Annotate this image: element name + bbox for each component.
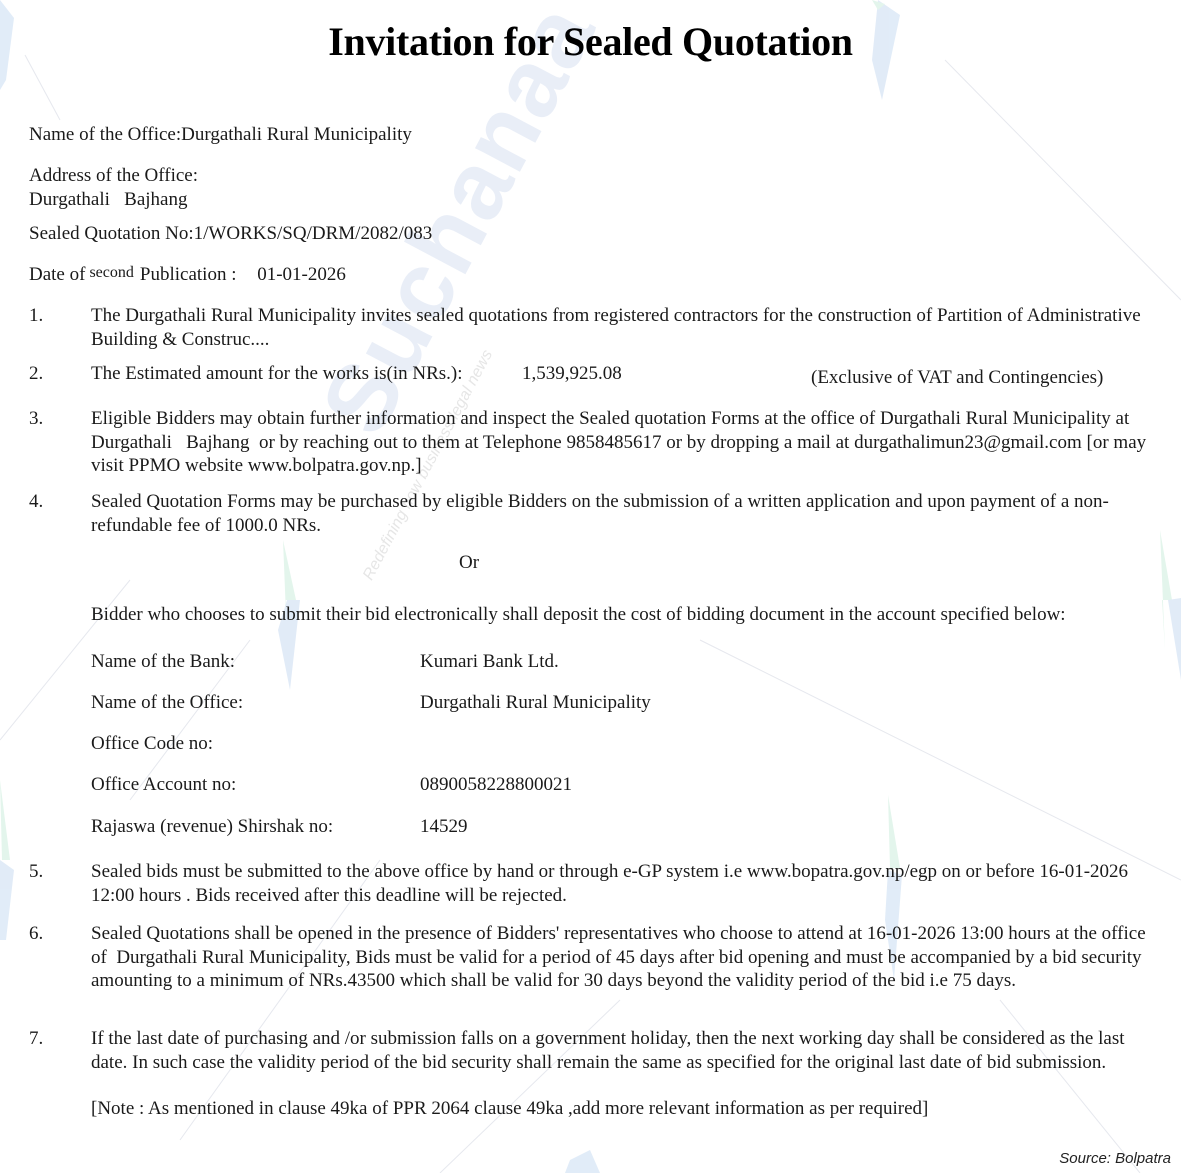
publication-date: 01-01-2026 — [257, 264, 346, 285]
clause-number: 2. — [29, 362, 43, 385]
clause-number: 1. — [29, 304, 43, 327]
revenue-shirshak-label: Rajaswa (revenue) Shirshak no: — [91, 815, 333, 838]
amount-exclusion-note: (Exclusive of VAT and Contingencies) — [811, 366, 1103, 389]
revenue-shirshak-value: 14529 — [420, 815, 468, 838]
address-value: Durgathali Bajhang — [29, 188, 187, 211]
clause-number: 3. — [29, 407, 43, 430]
estimated-amount: 1,539,925.08 — [522, 362, 622, 385]
office-name: Name of the Office:Durgathali Rural Muni… — [29, 123, 412, 146]
clause-7-text: If the last date of purchasing and /or s… — [91, 1027, 1156, 1074]
clause-2-text: The Estimated amount for the works is(in… — [91, 362, 463, 385]
clause-number: 7. — [29, 1027, 43, 1050]
clause-1-text: The Durgathali Rural Municipality invite… — [91, 304, 1156, 351]
bank-office-value: Durgathali Rural Municipality — [420, 691, 651, 714]
clause-number: 4. — [29, 490, 43, 513]
bank-name-value: Kumari Bank Ltd. — [420, 650, 559, 673]
bank-name-label: Name of the Bank: — [91, 650, 235, 673]
page-title: Invitation for Sealed Quotation — [0, 18, 1181, 65]
publication-prefix: Date of — [29, 264, 85, 285]
clause-5-text: Sealed bids must be submitted to the abo… — [91, 860, 1156, 907]
office-code-label: Office Code no: — [91, 732, 213, 755]
clause-4-text: Sealed Quotation Forms may be purchased … — [91, 490, 1156, 537]
bank-office-label: Name of the Office: — [91, 691, 243, 714]
clause-3-text: Eligible Bidders may obtain further info… — [91, 407, 1156, 478]
clause-7-note: [Note : As mentioned in clause 49ka of P… — [91, 1097, 928, 1120]
quotation-number: Sealed Quotation No:1/WORKS/SQ/DRM/2082/… — [29, 222, 432, 245]
or-separator: Or — [459, 551, 479, 574]
clause-6-text: Sealed Quotations shall be opened in the… — [91, 922, 1156, 993]
clause-number: 6. — [29, 922, 43, 945]
publication-ordinal: second — [89, 264, 133, 281]
account-number-value: 0890058228800021 — [420, 773, 572, 796]
clause-number: 5. — [29, 860, 43, 883]
publication-date-line: Date ofsecondPublication : 01-01-2026 — [29, 263, 346, 287]
source-credit: Source: Bolpatra — [1059, 1150, 1171, 1167]
electronic-deposit-text: Bidder who chooses to submit their bid e… — [91, 603, 1066, 626]
publication-suffix: Publication : — [140, 264, 237, 285]
account-number-label: Office Account no: — [91, 773, 236, 796]
address-label: Address of the Office: — [29, 164, 198, 187]
